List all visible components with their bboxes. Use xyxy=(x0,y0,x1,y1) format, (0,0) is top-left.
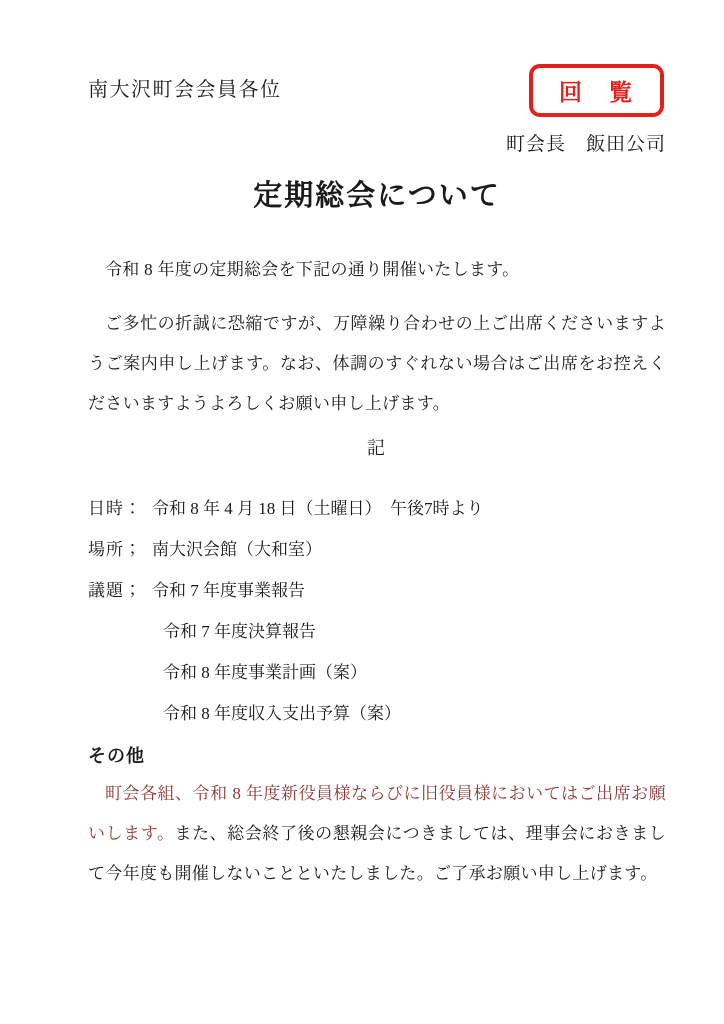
detail-label xyxy=(88,693,152,734)
greeting-paragraph: ご多忙の折誠に恐縮ですが、万障繰り合わせの上ご出席くださいますようご案内申し上げ… xyxy=(88,304,666,424)
detail-value: 南大沢会館（大和室） xyxy=(152,529,322,570)
page-title: 定期総会について xyxy=(88,176,666,216)
detail-value: 令和 7 年度決算報告 xyxy=(152,611,316,652)
circulation-stamp: 回 覧 xyxy=(529,64,664,117)
detail-value: 令和 8 年度収入支出予算（案） xyxy=(152,693,401,734)
detail-row-agenda-2: 令和 7 年度決算報告 xyxy=(88,611,666,652)
detail-label xyxy=(88,652,152,693)
other-heading: その他 xyxy=(88,742,666,770)
detail-value: 令和 8 年度事業計画（案） xyxy=(152,652,367,693)
sender-line: 町会長 飯田公司 xyxy=(88,132,666,158)
other-paragraph: 町会各組、令和 8 年度新役員様ならびに旧役員様においてはご出席お願いします。ま… xyxy=(88,774,666,894)
detail-value: 令和 8 年 4 月 18 日（土曜日） 午後7時より xyxy=(152,488,484,529)
recipient-line: 南大沢町会会員各位 xyxy=(88,73,282,102)
detail-label: 日時： xyxy=(88,488,152,529)
detail-row-agenda-3: 令和 8 年度事業計画（案） xyxy=(88,652,666,693)
detail-row-agenda-4: 令和 8 年度収入支出予算（案） xyxy=(88,693,666,734)
detail-label: 議題； xyxy=(88,570,152,611)
document-header: 南大沢町会会員各位 回 覧 xyxy=(88,64,666,116)
detail-row-place: 場所； 南大沢会館（大和室） xyxy=(88,529,666,570)
detail-row-datetime: 日時： 令和 8 年 4 月 18 日（土曜日） 午後7時より xyxy=(88,488,666,529)
intro-paragraph: 令和 8 年度の定期総会を下記の通り開催いたします。 xyxy=(88,250,666,290)
circulation-stamp-label: 回 覧 xyxy=(559,79,634,105)
other-rest-text: また、総会終了後の懇親会につきましては、理事会におきまして今年度も開催しないこと… xyxy=(88,824,666,883)
detail-label xyxy=(88,611,152,652)
detail-value: 令和 7 年度事業報告 xyxy=(152,570,305,611)
detail-label: 場所； xyxy=(88,529,152,570)
detail-row-agenda-1: 議題； 令和 7 年度事業報告 xyxy=(88,570,666,611)
record-marker: 記 xyxy=(88,428,666,468)
document-page: 南大沢町会会員各位 回 覧 町会長 飯田公司 定期総会について 令和 8 年度の… xyxy=(0,0,724,1024)
details-list: 日時： 令和 8 年 4 月 18 日（土曜日） 午後7時より 場所； 南大沢会… xyxy=(88,488,666,734)
